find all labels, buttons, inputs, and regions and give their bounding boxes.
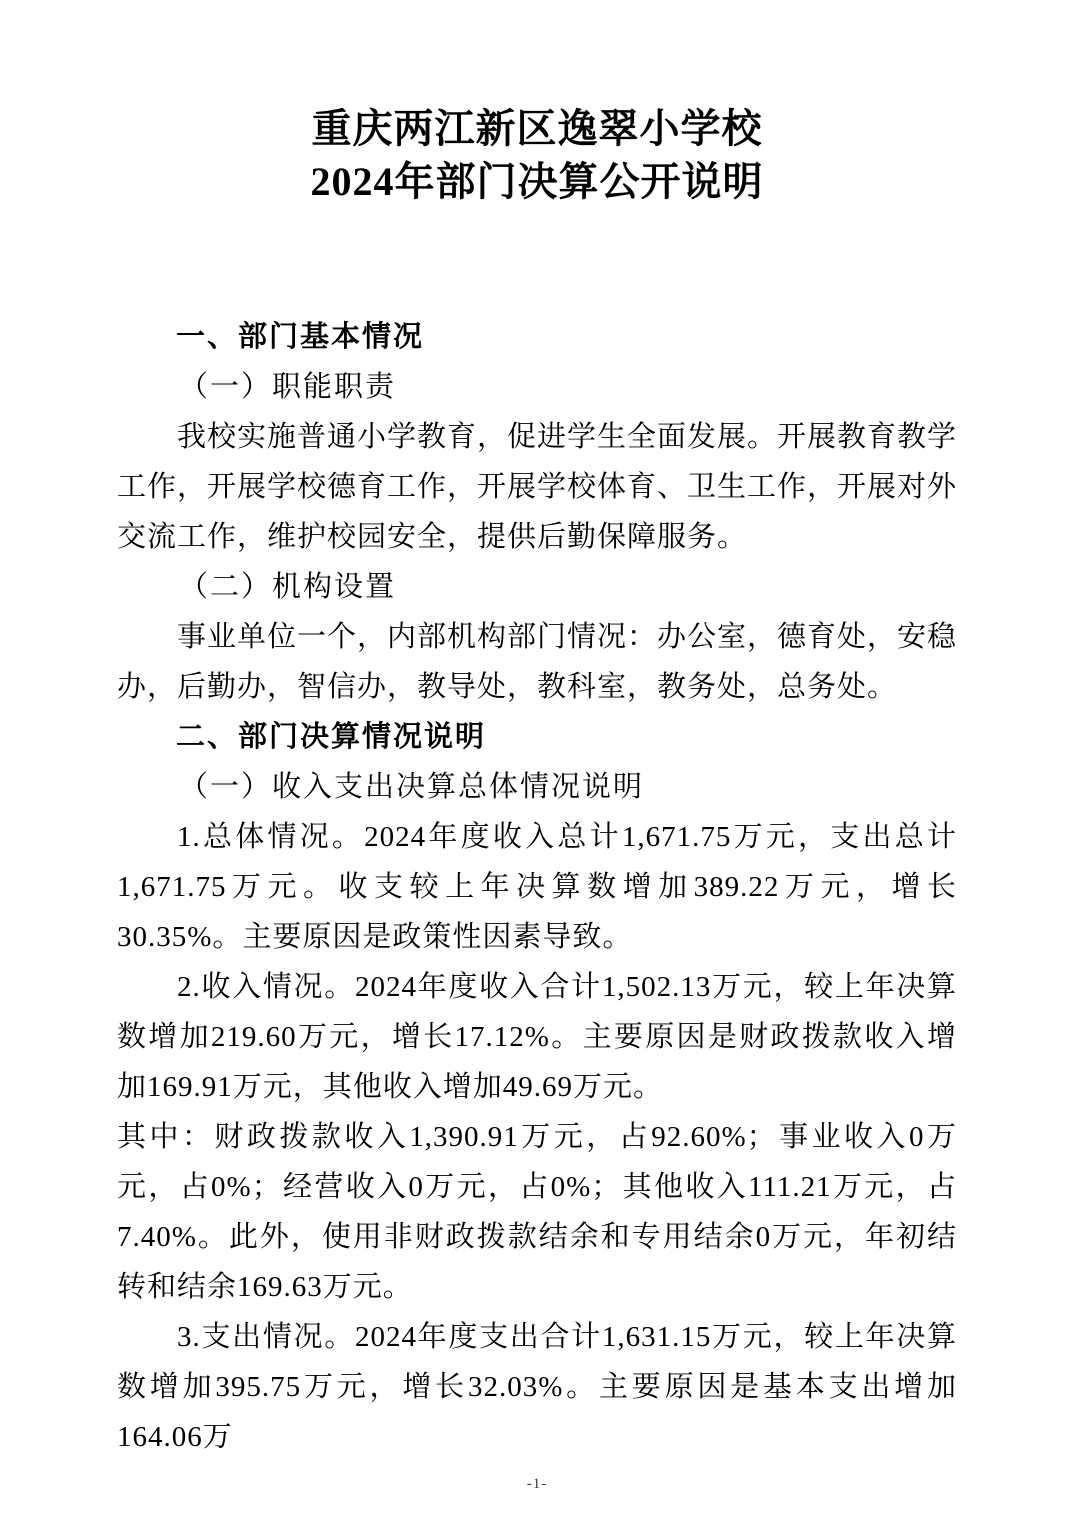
paragraph-income-detail: 其中：财政拨款收入1,390.91万元，占92.60%；事业收入0万元，占0%；… bbox=[117, 1112, 957, 1312]
title-line-2: 2024年部门决算公开说明 bbox=[0, 155, 1074, 208]
paragraph-expenditure-situation: 3.支出情况。2024年度支出合计1,631.15万元，较上年决算数增加395.… bbox=[117, 1312, 957, 1462]
paragraph-overall-situation: 1.总体情况。2024年度收入总计1,671.75万元，支出总计1,671.75… bbox=[117, 812, 957, 962]
subsection-heading-duties: （一）职能职责 bbox=[117, 362, 957, 412]
document-title: 重庆两江新区逸翠小学校 2024年部门决算公开说明 bbox=[0, 0, 1074, 208]
page-number: -1- bbox=[0, 1476, 1074, 1493]
subsection-heading-structure: （二）机构设置 bbox=[117, 562, 957, 612]
subsection-heading-overview: （一）收入支出决算总体情况说明 bbox=[117, 762, 957, 812]
document-page: 重庆两江新区逸翠小学校 2024年部门决算公开说明 一、部门基本情况 （一）职能… bbox=[0, 0, 1074, 1520]
title-line-1: 重庆两江新区逸翠小学校 bbox=[0, 102, 1074, 155]
paragraph-income-situation: 2.收入情况。2024年度收入合计1,502.13万元，较上年决算数增加219.… bbox=[117, 962, 957, 1112]
document-body: 一、部门基本情况 （一）职能职责 我校实施普通小学教育，促进学生全面发展。开展教… bbox=[117, 312, 957, 1462]
paragraph-structure: 事业单位一个，内部机构部门情况：办公室，德育处，安稳办，后勤办，智信办，教导处，… bbox=[117, 612, 957, 712]
paragraph-duties: 我校实施普通小学教育，促进学生全面发展。开展教育教学工作，开展学校德育工作，开展… bbox=[117, 412, 957, 562]
section-heading-basic-info: 一、部门基本情况 bbox=[117, 312, 957, 362]
section-heading-final-accounts: 二、部门决算情况说明 bbox=[117, 712, 957, 762]
